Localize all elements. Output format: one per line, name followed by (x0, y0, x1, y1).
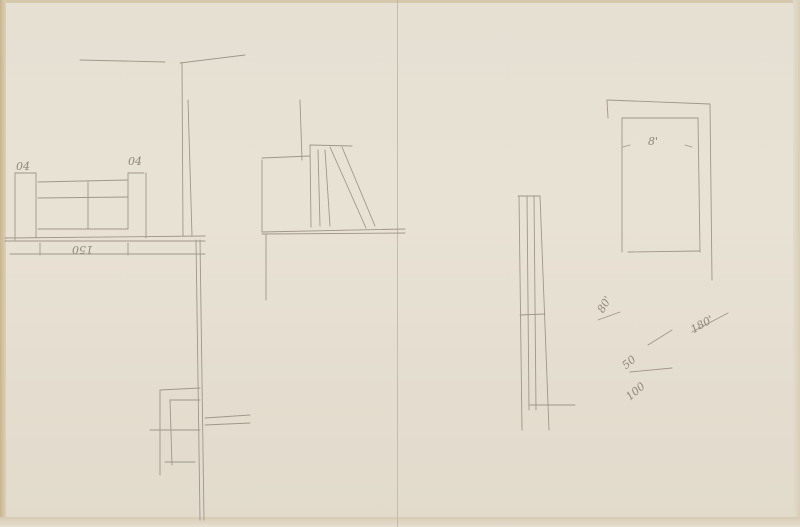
sketch-lower-section (150, 388, 250, 475)
annotation-text: 150 (72, 243, 93, 256)
annotation-text: 04 (128, 155, 142, 168)
sketch-staircase (262, 100, 405, 300)
sketch-plan (607, 100, 712, 280)
annotation-text: 04 (16, 160, 30, 173)
sketch-elevation (5, 55, 245, 520)
pencil-drawing (0, 0, 800, 527)
annotation-text: 8' (648, 135, 658, 148)
sketch-tower (518, 196, 575, 430)
sketch-sheet: 04 04 150 8' 80' 180' 50 100 (0, 0, 800, 527)
